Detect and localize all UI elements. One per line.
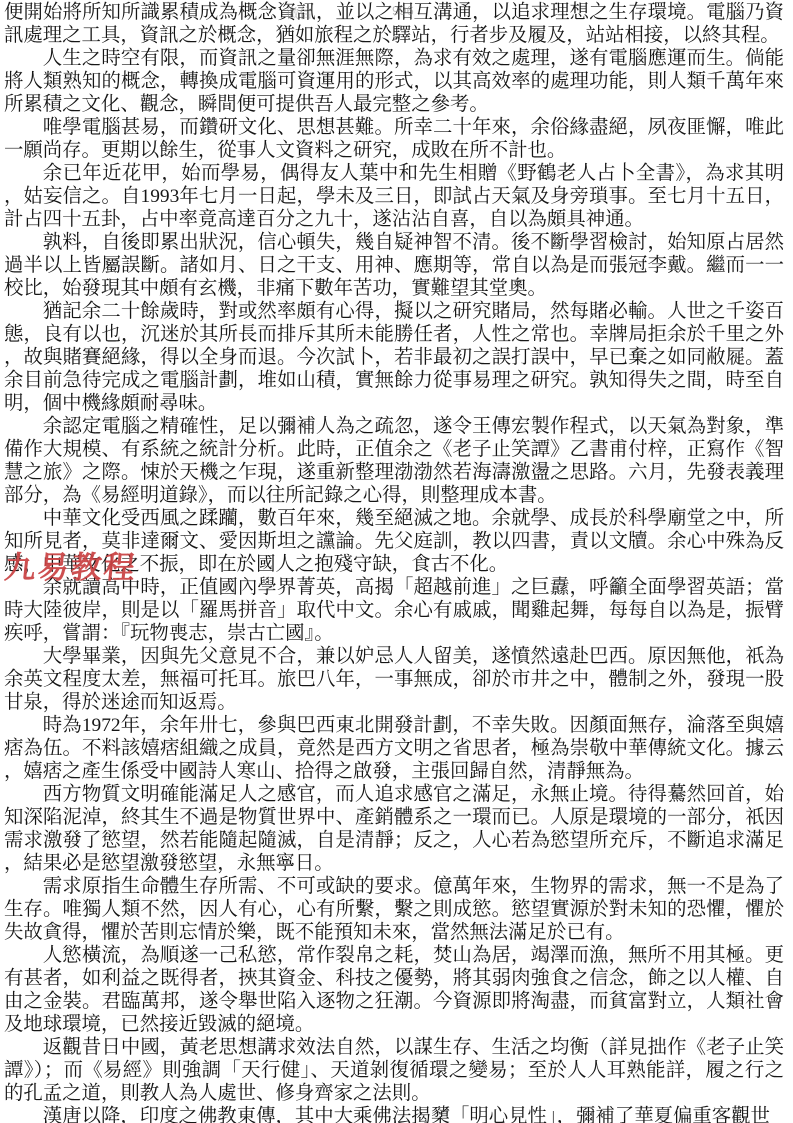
paragraph: 唯學電腦甚易，而鑽研文化、思想甚難。所幸二十年來，余俗緣盡絕，夙夜匪懈，唯此一願… — [4, 116, 784, 162]
faint-watermark-number: 996 — [392, 3, 414, 18]
red-brand-watermark: 九易教程 — [3, 542, 140, 587]
paragraph: 余認定電腦之精確性，足以彌補人為之疏忽，遂令王傳宏製作程式，以天氣為對象，準備作… — [4, 415, 784, 507]
paragraph: 人生之時空有限，而資訊之量卻無涯無際，為求有效之處理，遂有電腦應運而生。倘能將人… — [4, 47, 784, 116]
paragraph: 大學畢業，因與先父意見不合，兼以妒忌人人留美，遂憤然遠赴巴西。原因無他，祇為余英… — [4, 645, 784, 714]
paragraph: 猶記余二十餘歲時，對或然率頗有心得，擬以之研究賭局，然每賭必輸。人世之千姿百態，… — [4, 300, 784, 415]
paragraph: 西方物質文明確能滿足人之感官，而人追求感官之滿足，永無止境。待得驀然回首，始知深… — [4, 783, 784, 875]
paragraph: 需求原指生命體生存所需、不可或缺的要求。億萬年來，生物界的需求，無一不是為了生存… — [4, 875, 784, 944]
paragraph: 孰料，自後即累出狀況，信心頓失，幾自疑神智不清。後不斷學習檢討，始知原占居然過半… — [4, 231, 784, 300]
paragraph: 時為1972年，余年卅七，參與巴西東北開發計劃，不幸失敗。因顏面無存，淪落至與嬉… — [4, 714, 784, 783]
paragraph: 返觀昔日中國，黃老思想講求效法自然，以謀生存、生活之均衡（詳見拙作《老子止笑譚》… — [4, 1036, 784, 1105]
paragraph: 余已年近花甲，始而學易，偶得友人葉中和先生相贈《野鶴老人占卜全書》，為求其明，姑… — [4, 162, 784, 231]
faint-watermark-wechat: 微信 — [286, 3, 312, 22]
paragraph: 人慾橫流，為順遂一己私慾，常作裂帛之耗，焚山為居，竭澤而漁，無所不用其極。更有甚… — [4, 944, 784, 1036]
paragraph: 漢唐以降，印度之佛教東傳，其中大乘佛法揭櫫「明心見性」，彌補了華夏偏重客觀世 — [4, 1105, 784, 1123]
